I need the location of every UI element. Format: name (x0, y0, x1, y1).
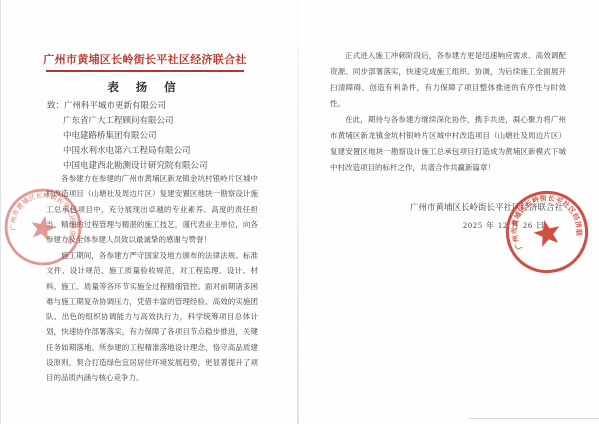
recipient-line: 中国电建西北勘测设计研究院有限公司 (63, 159, 208, 171)
signature-line: 广州市黄埔区长岭街长平社区经济联合社 (410, 201, 563, 213)
title-underline (46, 70, 244, 72)
recipient-line: 广东省广大工程顾问有限公司 (63, 114, 174, 126)
page-seam-divider (297, 0, 299, 424)
recipient-line: 中国水利水电第六工程局有限公司 (63, 144, 191, 156)
scan-edge-bottom (468, 418, 599, 419)
body-paragraph: 施工期间，各参建方严守国家及地方颁布的法律法规、标准文件、设计规范、施工质量验收… (46, 248, 258, 386)
body-paragraph: 正式进入施工冲刺阶段后，各参建方更是迅速响应需求、高效调配资源、同步部署落实，快… (330, 48, 566, 112)
recipient-line: 中电建路桥集团有限公司 (63, 129, 157, 141)
scan-edge-left (0, 0, 1, 424)
body-paragraph: 各参建方在参建的广州市黄埔区新龙镇金坑村银岭片区城中村改造项目（山塘社及周边片区… (46, 171, 258, 247)
salutation-line: 致：广州科平城市更新有限公司 (47, 99, 166, 111)
org-title-heading: 广州市黄埔区长岭街长平社区经济联合社 (38, 51, 252, 67)
letter-title-heading: 表 扬 信 (38, 79, 252, 95)
date-line: 2025 年 12 月 26 日 (463, 220, 545, 231)
scanned-commendation-letter: { "page1": { "org_title": "广州市黄埔区长岭街长平社区… (0, 0, 599, 424)
body-paragraph: 在此，期待与各参建方继续深化协作，携手共进，凝心聚力将广州市黄埔区新龙镇金坑村银… (330, 112, 566, 176)
letter-page-1: 广州市黄埔区长岭街长平社区经济联合社 表 扬 信 致：广州科平城市更新有限公司 … (0, 0, 298, 424)
